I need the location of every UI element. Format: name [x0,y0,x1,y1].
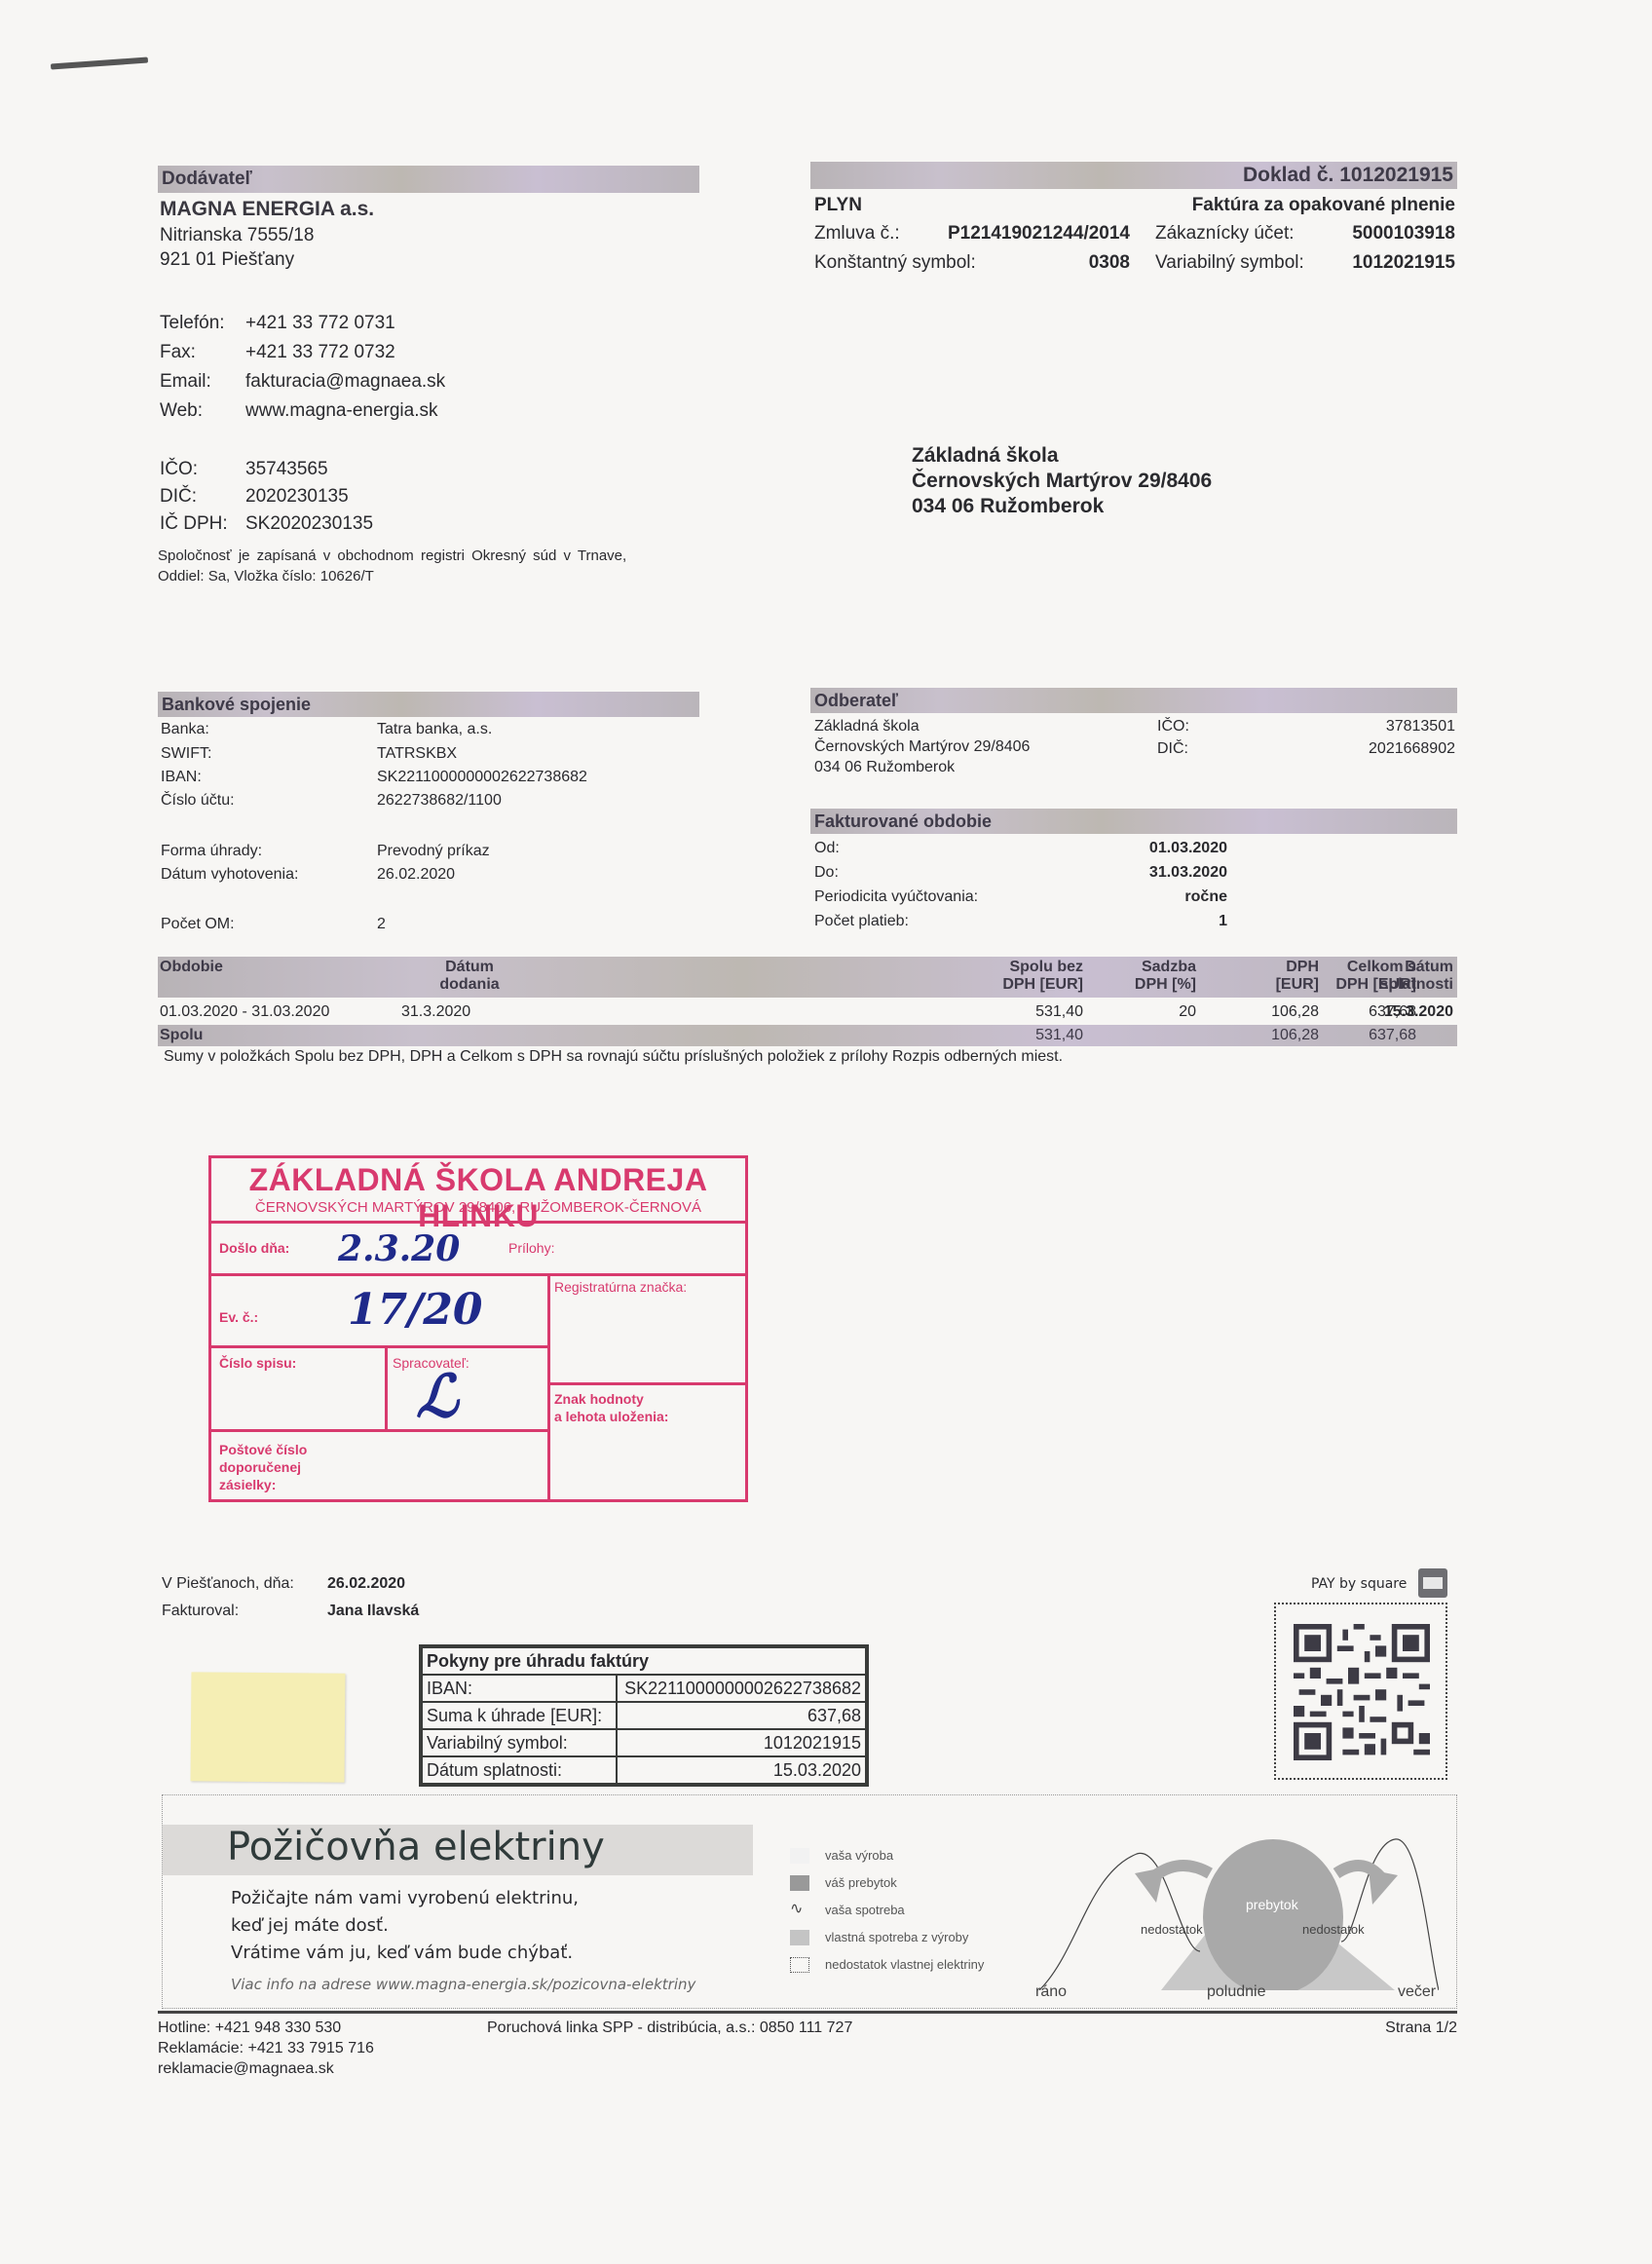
wave-icon: ∿ [790,1899,803,1918]
iban-value: SK2211000000002622738682 [377,769,587,786]
swift-value: TATRSKBX [377,745,457,763]
om-count-label: Počet OM: [161,916,235,932]
pay-iban-value: SK2211000000002622738682 [617,1675,867,1702]
customer-line-3: 034 06 Ružomberok [814,759,955,776]
qr-frame [1274,1603,1447,1780]
payment-form-value: Prevodný príkaz [377,843,490,860]
web-label: Web: [160,400,203,421]
legend-shortage: nedostatok vlastnej elektriny [825,1957,984,1972]
footer-fault-line: Poruchová linka SPP - distribúcia, a.s.:… [487,2019,852,2037]
promo-line-2: keď jej máte dosť. [231,1915,389,1936]
col-due: Dátumsplatnosti [1356,959,1453,994]
account-number-value: 2622738682/1100 [377,792,502,810]
col-period: Obdobie [160,959,223,976]
invoiced-by-label: Fakturoval: [162,1603,239,1620]
col-net: Spolu bezDPH [EUR] [937,959,1083,994]
pay-vs-value: 1012021915 [617,1729,867,1756]
legend-consumption: vaša spotreba [825,1903,905,1917]
pay-due-label: Dátum splatnosti: [421,1756,617,1785]
supplier-fax: Fax:+421 33 772 0732 [160,342,196,363]
variable-symbol-label: Variabilný symbol: [1155,252,1304,274]
contract-value: P121419021244/2014 [877,223,1130,245]
registry-stamp: ZÁKLADNÁ ŠKOLA ANDREJA HLINKU ČERNOVSKÝC… [208,1155,748,1502]
pay-by-square-label: PAY by square [1311,1576,1407,1592]
legend-production-swatch [790,1848,809,1864]
iban-row: IBAN:SK2211000000002622738682 [161,769,687,786]
payment-instructions-table: Pokyny pre úhradu faktúry IBAN:SK2211000… [419,1644,869,1787]
legend-self-consumption-swatch [790,1930,809,1945]
table-row: Dátum splatnosti:15.03.2020 [421,1756,867,1785]
period-header: Fakturované obdobie [810,809,1457,834]
web-value[interactable]: www.magna-energia.sk [245,400,437,422]
invoice-type: Faktúra za opakované plnenie [1071,195,1455,216]
diagram-label-surplus: prebytok [1246,1897,1298,1912]
account-number-label: Číslo účtu: [161,792,235,809]
value-mark-label: Znak hodnotya lehota uloženia: [554,1390,668,1425]
customer-account-label: Zákaznícky účet: [1155,223,1295,245]
billing-periodicity-value: ročne [1071,888,1227,906]
attachments-label: Prílohy: [508,1240,554,1256]
phone-label: Telefón: [160,313,225,333]
postal-label: Poštové číslodoporučenejzásielky: [219,1441,307,1493]
place-date-label: V Piešťanoch, dňa: [162,1575,294,1593]
fax-label: Fax: [160,342,196,362]
table-row: Suma k úhrade [EUR]:637,68 [421,1702,867,1729]
ico-value: 35743565 [245,459,328,480]
constant-symbol-label: Konštantný symbol: [814,252,976,274]
total-gross: 637,68 [1323,1025,1416,1046]
customer-dic-value: 2021668902 [1295,740,1455,758]
place-date-value: 26.02.2020 [327,1575,405,1593]
promo-more-info[interactable]: Viac info na adrese www.magna-energia.sk… [231,1976,695,1993]
items-note: Sumy v položkách Spolu bez DPH, DPH a Ce… [164,1048,1063,1066]
legend-self-consumption: vlastná spotreba z výroby [825,1930,968,1944]
row-due: 15.3.2020 [1356,1003,1453,1021]
legend-shortage-swatch [790,1957,809,1973]
footer-hotline: Hotline: +421 948 330 530 [158,2019,341,2037]
invoiced-by-value: Jana Ilavská [327,1603,419,1620]
phone-value: +421 33 772 0731 [245,313,395,334]
swift-label: SWIFT: [161,745,211,762]
period-from-value: 01.03.2020 [1071,840,1227,857]
bank-value: Tatra banka, a.s. [377,721,492,738]
card-icon [1418,1568,1447,1598]
col-vat: DPH[EUR] [1210,959,1319,994]
issue-date-row: Dátum vyhotovenia:26.02.2020 [161,866,687,884]
table-row: Variabilný symbol:1012021915 [421,1729,867,1756]
customer-header: Odberateľ [810,688,1457,713]
footer-complaints-email[interactable]: reklamacie@magnaea.sk [158,2060,334,2078]
handler-signature: ℒ [416,1363,458,1431]
payment-instructions-title: Pokyny pre úhradu faktúry [421,1646,867,1675]
footer-page-number: Strana 1/2 [1266,2019,1457,2037]
supplier-email: Email:fakturacia@magnaea.sk [160,371,211,393]
total-vat: 106,28 [1210,1025,1319,1046]
customer-line-1: Základná škola [814,718,920,736]
dic-value: 2020230135 [245,486,349,508]
om-count-value: 2 [377,916,386,933]
sticky-note [191,1672,346,1782]
customer-dic-label: DIČ: [1157,740,1188,758]
recipient-line-1: Základná škola [912,444,1059,468]
footer-complaints-phone: Reklamácie: +421 33 7915 716 [158,2040,374,2057]
received-value: 2.3.20 [338,1228,460,1269]
bank-header: Bankové spojenie [158,692,699,717]
registry-mark-label: Registratúrna značka: [554,1279,687,1295]
pay-amount-label: Suma k úhrade [EUR]: [421,1702,617,1729]
constant-symbol-value: 0308 [1032,252,1130,274]
promo-line-1: Požičajte nám vami vyrobenú elektrinu, [231,1888,579,1908]
customer-account-value: 5000103918 [1305,223,1455,245]
bank-label: Banka: [161,721,209,737]
payment-form-label: Forma úhrady: [161,843,262,859]
issue-date-value: 26.02.2020 [377,866,455,884]
row-period: 01.03.2020 - 31.03.2020 [160,1003,329,1021]
pay-amount-value: 637,68 [617,1702,867,1729]
row-delivery: 31.3.2020 [401,1003,470,1021]
col-delivery: Dátumdodania [401,959,538,994]
reg-no-label: Ev. č.: [219,1309,258,1325]
supplier-dic: DIČ:2020230135 [160,486,197,508]
om-count-row: Počet OM:2 [161,916,687,933]
supplier-city: 921 01 Piešťany [160,249,294,271]
supplier-phone: Telefón:+421 33 772 0731 [160,313,225,334]
row-vat: 106,28 [1210,1003,1319,1021]
file-no-label: Číslo spisu: [219,1355,296,1371]
supplier-street: Nitrianska 7555/18 [160,225,314,246]
table-row: 01.03.2020 - 31.03.2020 31.3.2020 531,40… [158,1003,1457,1025]
icdph-label: IČ DPH: [160,513,228,534]
promo-banner: Požičovňa elektriny Požičajte nám vami v… [162,1794,1457,2009]
energy-diagram [1020,1834,1439,1990]
icdph-value: SK2020230135 [245,513,373,535]
payments-count-value: 1 [1071,913,1227,930]
diagram-label-morning: ráno [1035,1983,1067,2001]
bank-name-row: Banka:Tatra banka, a.s. [161,721,687,738]
ico-label: IČO: [160,459,198,479]
diagram-label-noon: poludnie [1207,1983,1266,2001]
qr-code-icon [1294,1624,1430,1760]
commodity-label: PLYN [814,195,862,216]
pay-iban-label: IBAN: [421,1675,617,1702]
iban-label: IBAN: [161,769,202,785]
pay-due-value: 15.03.2020 [617,1756,867,1785]
issue-date-label: Dátum vyhotovenia: [161,866,298,883]
swift-row: SWIFT:TATRSKBX [161,745,687,763]
dic-label: DIČ: [160,486,197,507]
billing-periodicity-label: Periodicita vyúčtovania: [814,888,978,906]
registry-note-1: Spoločnosť je zapísaná v obchodnom regis… [158,547,626,564]
diagram-label-shortage-right: nedostatok [1302,1922,1365,1937]
supplier-icdph: IČ DPH:SK2020230135 [160,513,228,535]
supplier-name: MAGNA ENERGIA a.s. [160,198,374,221]
variable-symbol-value: 1012021915 [1305,252,1455,274]
promo-line-3: Vrátime vám ju, keď vám bude chýbať. [231,1943,573,1963]
supplier-ico: IČO:35743565 [160,459,198,480]
recipient-line-2: Černovských Martýrov 29/8406 [912,470,1212,493]
recipient-line-3: 034 06 Ružomberok [912,495,1104,518]
supplier-web: Web:www.magna-energia.sk [160,400,203,422]
registry-note-2: Oddiel: Sa, Vložka číslo: 10626/T [158,568,374,585]
legend-surplus-swatch [790,1875,809,1891]
row-rate: 20 [1093,1003,1196,1021]
fax-value: +421 33 772 0732 [245,342,395,363]
customer-line-2: Černovských Martýrov 29/8406 [814,738,1030,756]
received-label: Došlo dňa: [219,1240,289,1256]
items-table-header: Obdobie Dátumdodania Spolu bezDPH [EUR] … [158,957,1457,998]
legend-production: vaša výroba [825,1848,893,1863]
period-to-value: 31.03.2020 [1071,864,1227,882]
row-net: 531,40 [937,1003,1083,1021]
customer-ico-label: IČO: [1157,718,1189,736]
payments-count-label: Počet platieb: [814,913,909,930]
footer-divider [158,2011,1457,2014]
total-label: Spolu [160,1025,203,1046]
document-number-header: Doklad č. 1012021915 [810,162,1457,189]
promo-title: Požičovňa elektriny [227,1825,605,1869]
period-from-label: Od: [814,840,840,857]
diagram-label-shortage-left: nedostatok [1141,1922,1203,1937]
pay-vs-label: Variabilný symbol: [421,1729,617,1756]
items-total-row: Spolu 531,40 106,28 637,68 [158,1025,1457,1046]
reg-no-value: 17/20 [348,1285,483,1335]
legend-surplus: váš prebytok [825,1875,897,1890]
period-to-label: Do: [814,864,839,882]
total-net: 531,40 [937,1025,1083,1046]
staple-mark [51,57,148,70]
stamp-subtitle: ČERNOVSKÝCH MARTÝROV 29/8406, RUŽOMBEROK… [211,1199,745,1216]
col-rate: SadzbaDPH [%] [1093,959,1196,994]
email-label: Email: [160,371,211,392]
payment-form-row: Forma úhrady:Prevodný príkaz [161,843,687,860]
account-number-row: Číslo účtu:2622738682/1100 [161,792,687,810]
table-row: IBAN:SK2211000000002622738682 [421,1675,867,1702]
supplier-header: Dodávateľ [158,166,699,193]
diagram-label-evening: večer [1398,1983,1436,2001]
email-value[interactable]: fakturacia@magnaea.sk [245,371,445,393]
customer-ico-value: 37813501 [1295,718,1455,736]
